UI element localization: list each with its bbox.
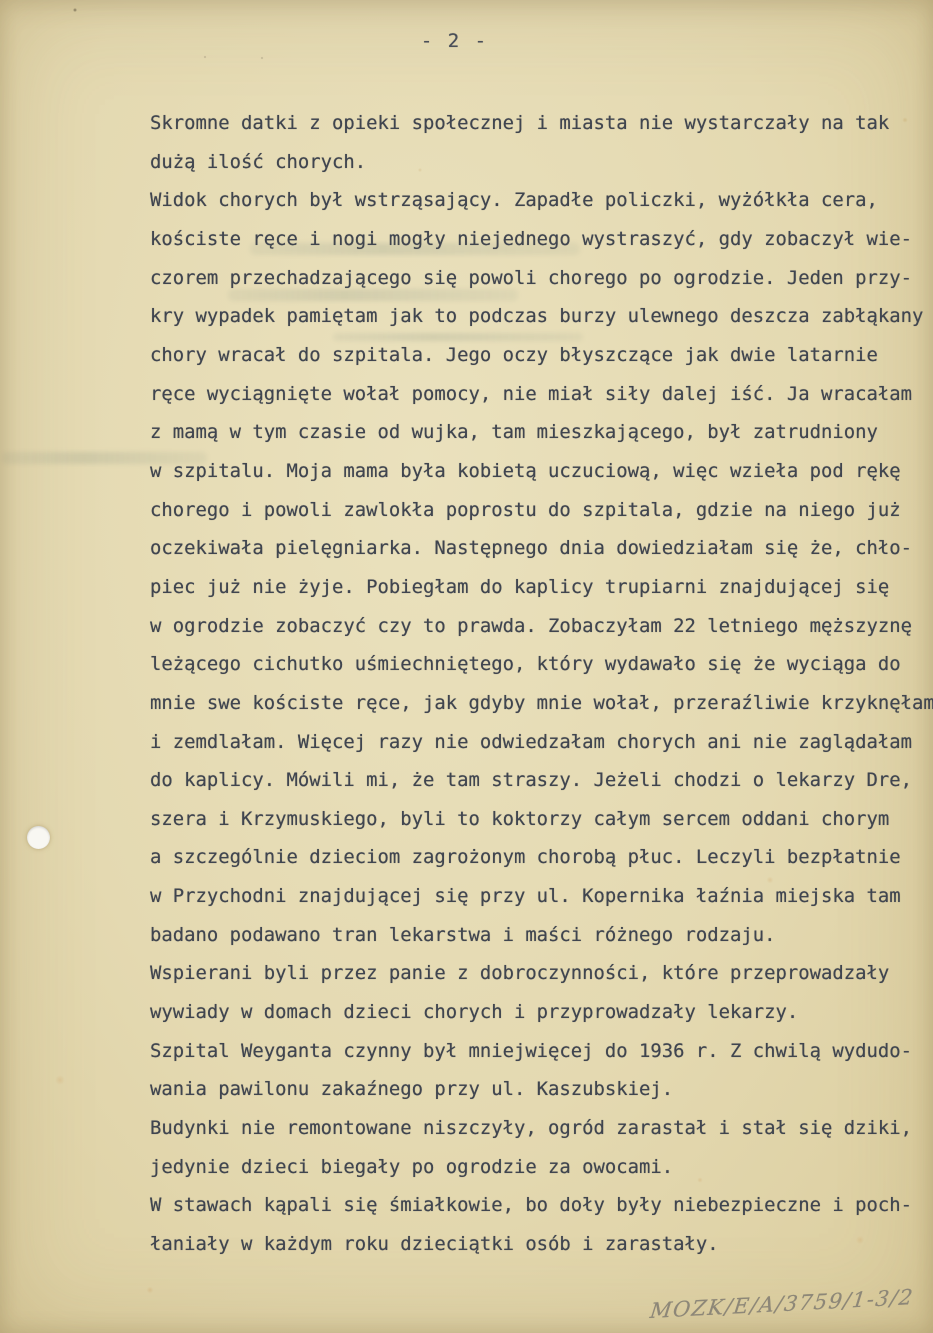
typewritten-line: z mamą w tym czasie od wujka, tam mieszk… (150, 413, 933, 452)
typewritten-line: piec już nie żyje. Pobiegłam do kaplicy … (150, 568, 933, 607)
typewritten-line: chorego i powoli zawlokła poprostu do sz… (150, 491, 933, 530)
typewritten-line: jedynie dzieci biegały po ogrodzie za ow… (150, 1148, 933, 1187)
typewritten-line: badano podawano tran lekarstwa i maści r… (150, 916, 933, 955)
typewritten-line: w szpitalu. Moja mama była kobietą uczuc… (150, 452, 933, 491)
typewritten-line: czorem przechadzającego się powoli chore… (150, 259, 933, 298)
typewritten-line: Budynki nie remontowane niszczyły, ogród… (150, 1109, 933, 1148)
typewritten-line: Widok chorych był wstrząsający. Zapadłe … (150, 181, 933, 220)
typewritten-line: do kaplicy. Mówili mi, że tam straszy. J… (150, 761, 933, 800)
typewritten-line: W stawach kąpali się śmiałkowie, bo doły… (150, 1186, 933, 1225)
typewritten-line: chory wracał do szpitala. Jego oczy błys… (150, 336, 933, 375)
hole-punch (27, 826, 50, 849)
typewritten-line: w Przychodni znajdującej się przy ul. Ko… (150, 877, 933, 916)
typewritten-line: dużą ilość chorych. (150, 143, 933, 182)
typewritten-line: łaniały w każdym roku dzieciątki osób i … (150, 1225, 933, 1264)
typewritten-line: mnie swe kościste ręce, jak gdyby mnie w… (150, 684, 933, 723)
typewritten-line: Skromne datki z opieki społecznej i mias… (150, 104, 933, 143)
typewritten-line: Szpital Weyganta czynny był mniejwięcej … (150, 1032, 933, 1071)
typewritten-line: leżącego cichutko uśmiechniętego, który … (150, 645, 933, 684)
typewritten-text-block: Skromne datki z opieki społecznej i mias… (150, 104, 933, 1264)
typewritten-line: wywiady w domach dzieci chorych i przypr… (150, 993, 933, 1032)
typewritten-line: i zemdlałam. Więcej razy nie odwiedzałam… (150, 723, 933, 762)
typewritten-line: ręce wyciągnięte wołał pomocy, nie miał … (150, 375, 933, 414)
typewritten-line: w ogrodzie zobaczyć czy to prawda. Zobac… (150, 607, 933, 646)
typewritten-line: oczekiwała pielęgniarka. Następnego dnia… (150, 529, 933, 568)
typewritten-line: kry wypadek pamiętam jak to podczas burz… (150, 297, 933, 336)
typewritten-line: Wspierani byli przez panie z dobroczynno… (150, 954, 933, 993)
typewritten-line: wania pawilonu zakaźnego przy ul. Kaszub… (150, 1070, 933, 1109)
typewritten-line: a szczególnie dzieciom zagrożonym chorob… (150, 838, 933, 877)
typewritten-line: kościste ręce i nogi mogły niejednego wy… (150, 220, 933, 259)
page-number: - 2 - (0, 30, 921, 52)
typewritten-line: szera i Krzymuskiego, byli to koktorzy c… (150, 800, 933, 839)
